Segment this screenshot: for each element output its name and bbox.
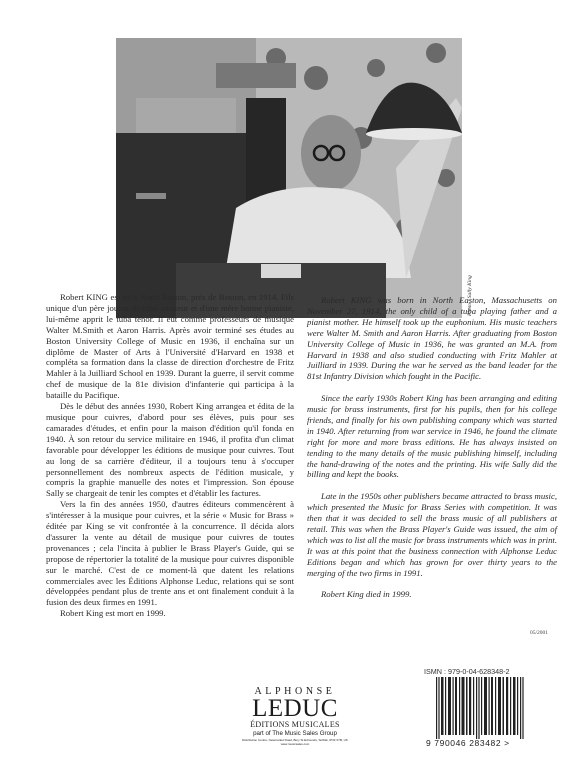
french-paragraph: Robert King est mort en 1999. bbox=[46, 608, 294, 619]
photo-image bbox=[116, 38, 462, 318]
barcode-digits: 9 790046 283482 > bbox=[426, 738, 510, 748]
french-paragraph: Vers la fin des années 1950, d'autres éd… bbox=[46, 499, 294, 608]
english-biography: Robert KING was born in North Easton, Ma… bbox=[307, 295, 557, 600]
logo-group: part of The Music Sales Group bbox=[225, 730, 365, 738]
barcode-icon bbox=[436, 677, 524, 739]
english-paragraph: Since the early 1930s Robert King has be… bbox=[307, 393, 557, 480]
logo-leduc: LEDUC bbox=[225, 697, 365, 720]
logo-editions: ÉDITIONS MUSICALES bbox=[225, 720, 365, 730]
french-paragraph: Dès le début des années 1930, Robert Kin… bbox=[46, 401, 294, 499]
english-paragraph: Robert King died in 1999. bbox=[307, 589, 557, 600]
french-paragraph: Robert KING est né à North Easton, près … bbox=[46, 292, 294, 401]
photo-robert-king bbox=[116, 38, 462, 318]
english-paragraph: Late in the 1950s other publishers becam… bbox=[307, 491, 557, 578]
french-biography: Robert KING est né à North Easton, près … bbox=[46, 292, 294, 619]
publisher-website: www.musicsales.com bbox=[225, 742, 365, 746]
english-paragraph: Robert KING was born in North Easton, Ma… bbox=[307, 295, 557, 382]
publisher-logo: ALPHONSE LEDUC ÉDITIONS MUSICALES part o… bbox=[225, 686, 365, 746]
ismn-label: ISMN : 979-0-04-628348-2 bbox=[424, 667, 510, 676]
publication-date: 05/2001 bbox=[530, 630, 548, 636]
